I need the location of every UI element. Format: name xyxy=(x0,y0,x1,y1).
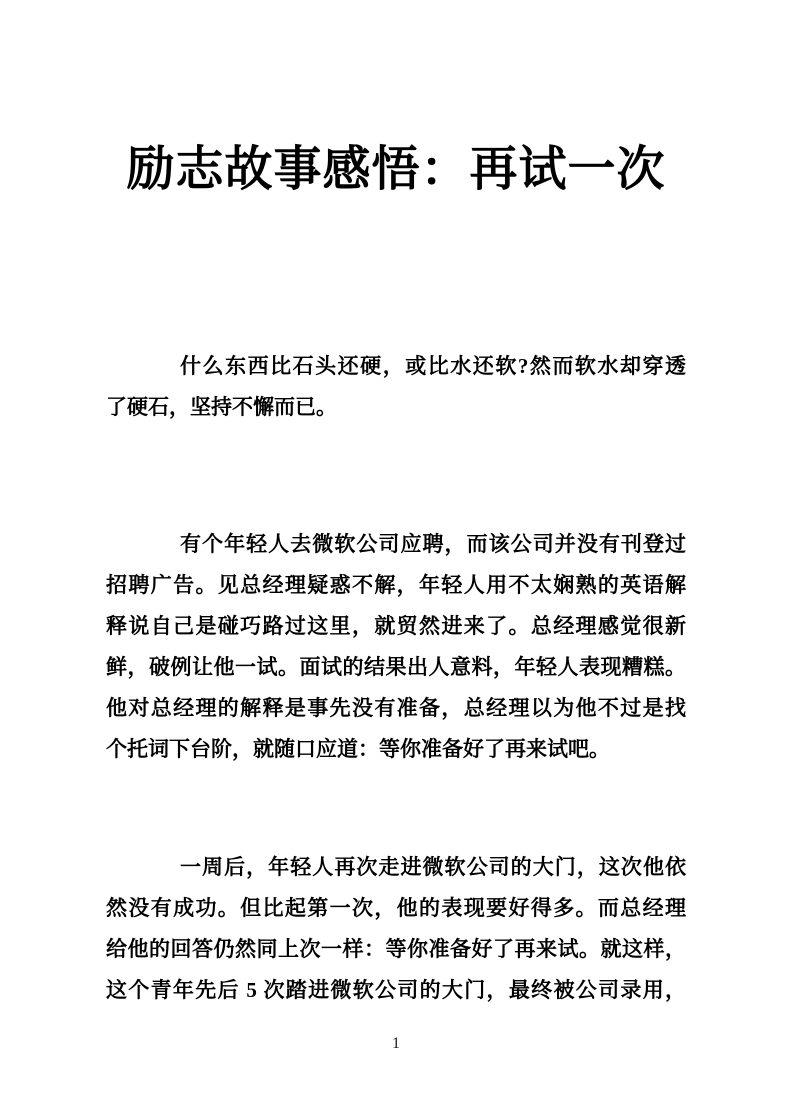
text-line: 他对总经理的解释是事先没有准备，总经理以为他不过是找 xyxy=(106,688,686,729)
text-line: 了硬石，坚持不懈而已。 xyxy=(106,387,686,428)
document-title: 励志故事感悟：再试一次 xyxy=(40,131,752,209)
text-line: 释说自己是碰巧路过这里，就贸然进来了。总经理感觉很新 xyxy=(106,606,686,647)
text-line: 招聘广告。见总经理疑惑不解，年轻人用不太娴熟的英语解 xyxy=(106,565,686,606)
text-line: 一周后，年轻人再次走进微软公司的大门，这次他依 xyxy=(106,847,686,888)
document-page: 励志故事感悟：再试一次 什么东西比石头还硬，或比水还软?然而软水却穿透 了硬石，… xyxy=(0,0,792,1120)
text-line: 什么东西比石头还硬，或比水还软?然而软水却穿透 xyxy=(106,346,686,387)
paragraph-3: 一周后，年轻人再次走进微软公司的大门，这次他依 然没有成功。但比起第一次，他的表… xyxy=(106,847,686,1011)
paragraph-2: 有个年轻人去微软公司应聘，而该公司并没有刊登过 招聘广告。见总经理疑惑不解，年轻… xyxy=(106,524,686,770)
text-line: 个托词下台阶，就随口应道：等你准备好了再来试吧。 xyxy=(106,729,686,770)
text-line: 有个年轻人去微软公司应聘，而该公司并没有刊登过 xyxy=(106,524,686,565)
text-line: 给他的回答仍然同上次一样：等你准备好了再来试。就这样， xyxy=(106,929,686,970)
paragraph-1: 什么东西比石头还硬，或比水还软?然而软水却穿透 了硬石，坚持不懈而已。 xyxy=(106,346,686,428)
text-line: 鲜，破例让他一试。面试的结果出人意料，年轻人表现糟糕。 xyxy=(106,647,686,688)
text-line: 然没有成功。但比起第一次，他的表现要好得多。而总经理 xyxy=(106,888,686,929)
page-number: 1 xyxy=(0,1033,792,1055)
text-line: 这个青年先后 5 次踏进微软公司的大门，最终被公司录用， xyxy=(106,970,686,1011)
